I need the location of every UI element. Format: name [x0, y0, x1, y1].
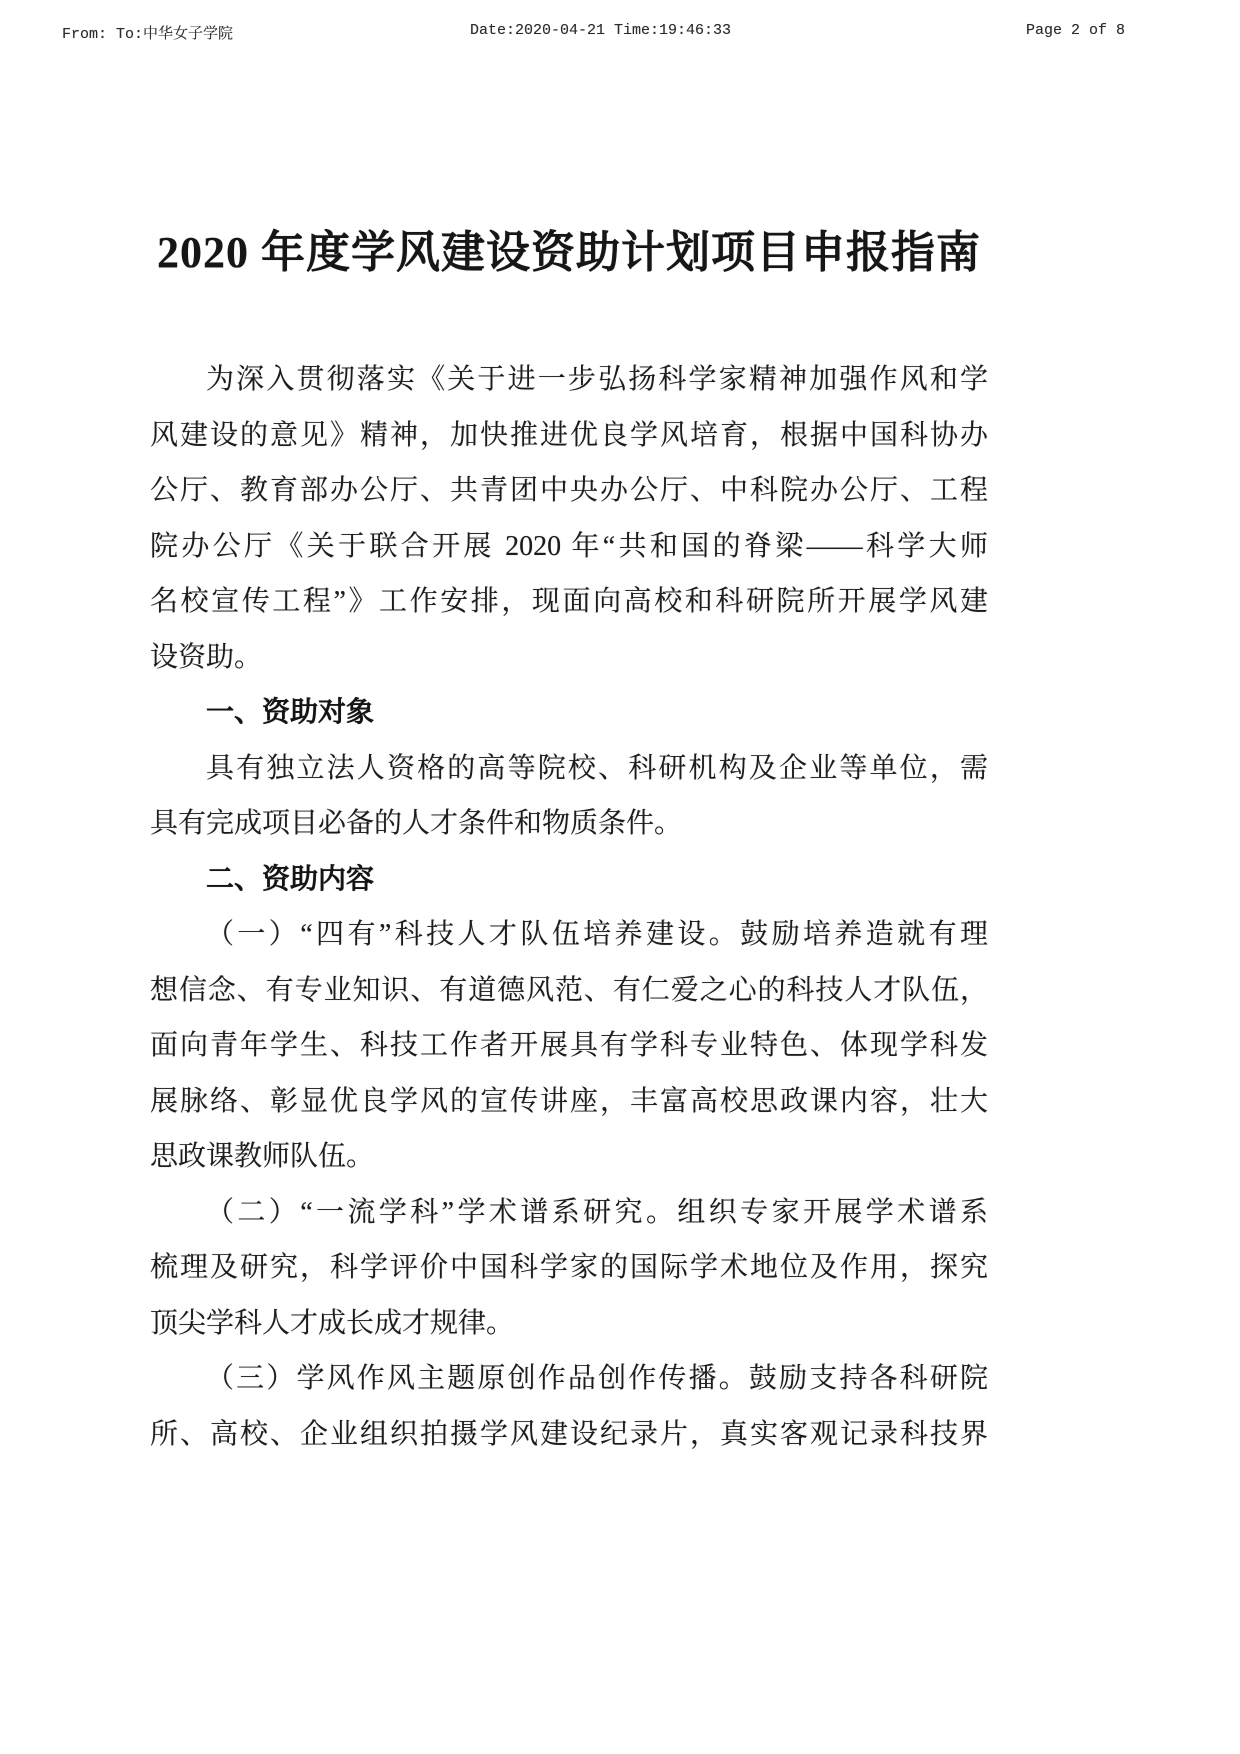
paragraph-line: 思政课教师队伍。	[150, 1129, 988, 1185]
fax-header: From: To:中华女子学院 Date:2020-04-21 Time:19:…	[0, 22, 1240, 46]
paragraph-line: 展脉络、彰显优良学风的宣传讲座，丰富高校思政课内容，壮大	[150, 1074, 988, 1130]
paragraph-line: （二）“一流学科”学术谱系研究。组织专家开展学术谱系	[150, 1185, 988, 1241]
paragraph-line: 风建设的意见》精神，加快推进优良学风培育，根据中国科协办	[150, 408, 988, 464]
paragraph-line: 具有完成项目必备的人才条件和物质条件。	[150, 796, 988, 852]
fax-page-number: Page 2 of 8	[1026, 22, 1125, 39]
scanned-fax-page: From: To:中华女子学院 Date:2020-04-21 Time:19:…	[0, 0, 1240, 1754]
paragraph-line: 院办公厅《关于联合开展 2020 年“共和国的脊梁——科学大师	[150, 519, 988, 575]
section-heading: 一、资助对象	[150, 685, 988, 741]
document-title: 2020 年度学风建设资助计划项目申报指南	[150, 216, 988, 280]
document-body: 为深入贯彻落实《关于进一步弘扬科学家精神加强作风和学 风建设的意见》精神，加快推…	[150, 352, 988, 1462]
paragraph-line: （一）“四有”科技人才队伍培养建设。鼓励培养造就有理	[150, 907, 988, 963]
paragraph-line: 想信念、有专业知识、有道德风范、有仁爱之心的科技人才队伍，	[150, 963, 988, 1019]
paragraph-line: 梳理及研究，科学评价中国科学家的国际学术地位及作用，探究	[150, 1240, 988, 1296]
fax-from-label: From: To:中华女子学院	[62, 22, 233, 43]
section-heading: 二、资助内容	[150, 852, 988, 908]
fax-datetime-label: Date:2020-04-21 Time:19:46:33	[470, 22, 731, 39]
paragraph-line: 顶尖学科人才成长成才规律。	[150, 1296, 988, 1352]
paragraph-line: 设资助。	[150, 630, 988, 686]
paragraph-line: 公厅、教育部办公厅、共青团中央办公厅、中科院办公厅、工程	[150, 463, 988, 519]
paragraph-line: 为深入贯彻落实《关于进一步弘扬科学家精神加强作风和学	[150, 352, 988, 408]
paragraph-line: 名校宣传工程”》工作安排，现面向高校和科研院所开展学风建	[150, 574, 988, 630]
paragraph-line: （三）学风作风主题原创作品创作传播。鼓励支持各科研院	[150, 1351, 988, 1407]
paragraph-line: 面向青年学生、科技工作者开展具有学科专业特色、体现学科发	[150, 1018, 988, 1074]
paragraph-line: 具有独立法人资格的高等院校、科研机构及企业等单位，需	[150, 741, 988, 797]
paragraph-line: 所、高校、企业组织拍摄学风建设纪录片，真实客观记录科技界	[150, 1407, 988, 1463]
